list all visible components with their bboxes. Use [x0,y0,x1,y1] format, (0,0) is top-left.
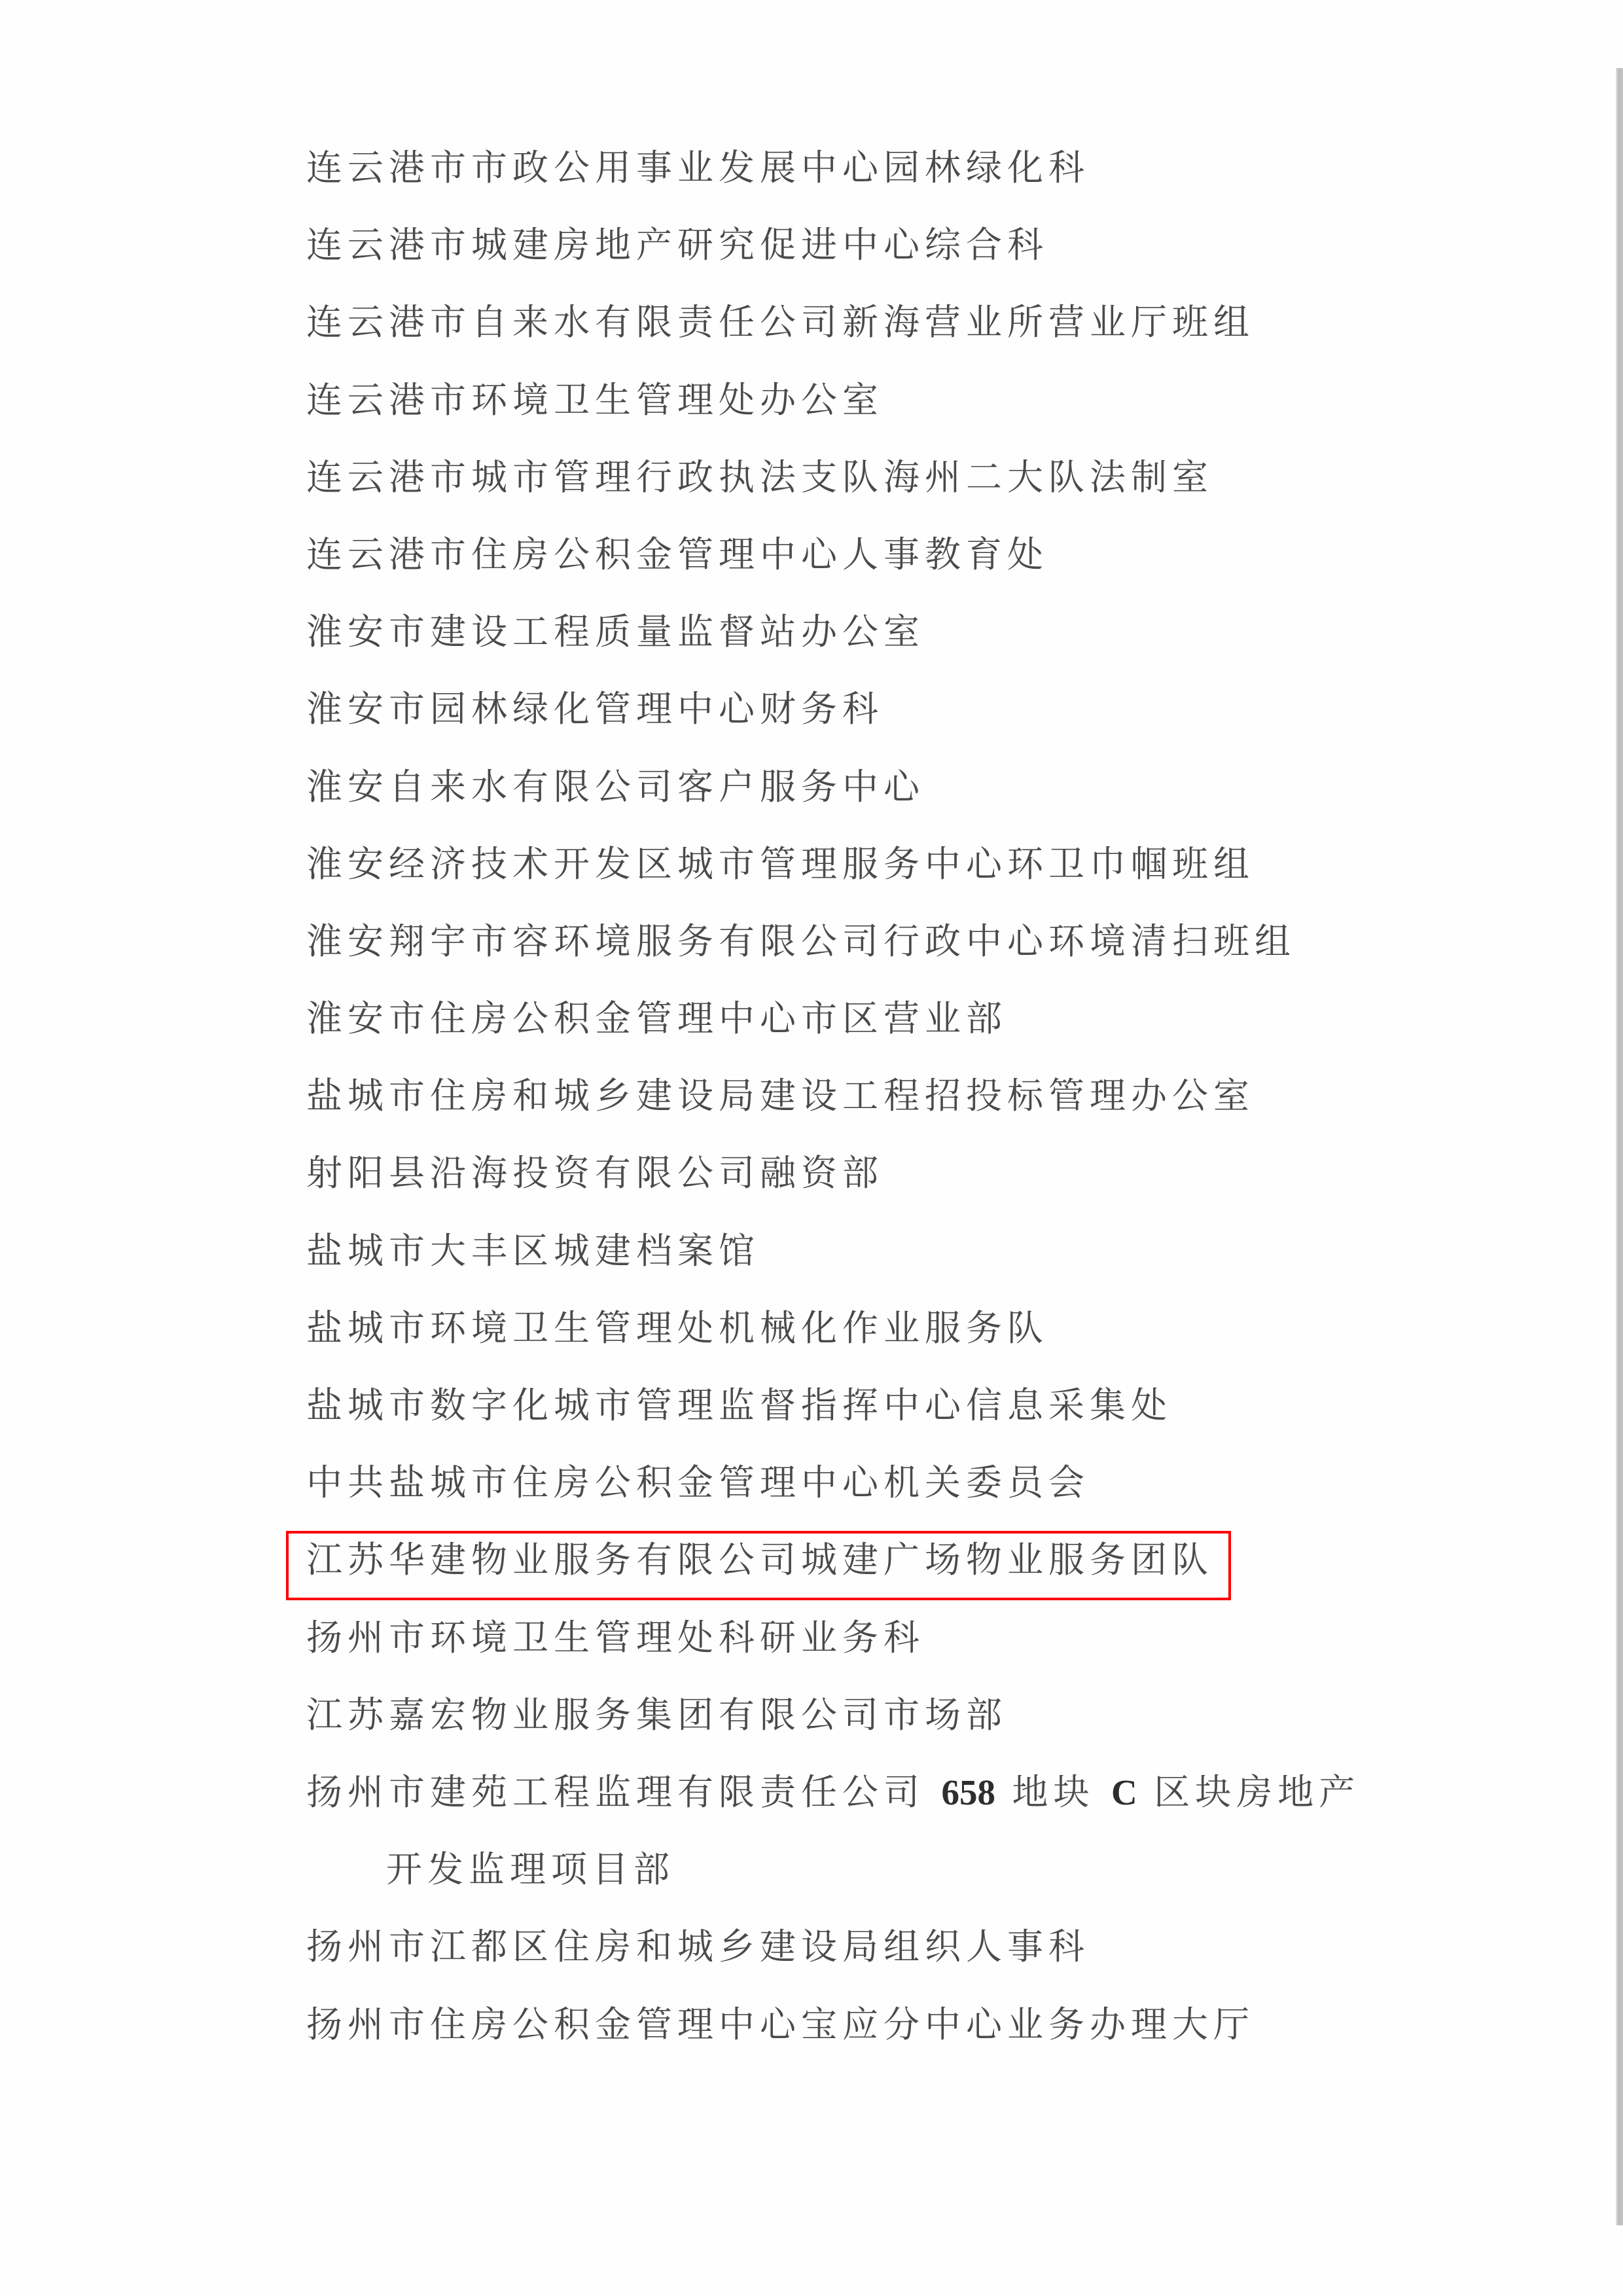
plot-number: 658 [942,1772,996,1812]
list-item: 盐城市环境卫生管理处机械化作业服务队 [306,1289,1360,1367]
list-item: 连云港市城市管理行政执法支队海州二大队法制室 [306,439,1360,516]
list-item: 连云港市环境卫生管理处办公室 [306,361,1360,439]
list-item: 扬州市建苑工程监理有限责任公司 658 地块 C 区块房地产 [306,1753,1360,1831]
list-item: 淮安经济技术开发区城市管理服务中心环卫巾帼班组 [306,825,1360,903]
list-item: 淮安市住房公积金管理中心市区营业部 [306,980,1360,1057]
list-item: 淮安市建设工程质量监督站办公室 [306,593,1360,670]
unit-list: 连云港市市政公用事业发展中心园林绿化科 连云港市城建房地产研究促进中心综合科 连… [306,129,1360,2063]
item-text-after: 区块房地产 [1154,1771,1360,1813]
list-item: 连云港市住房公积金管理中心人事教育处 [306,516,1360,593]
list-item: 扬州市住房公积金管理中心宝应分中心业务办理大厅 [306,1986,1360,2063]
document-page: 连云港市市政公用事业发展中心园林绿化科 连云港市城建房地产研究促进中心综合科 连… [0,0,1623,2296]
page-edge-shadow [1616,68,1623,2225]
list-item: 扬州市环境卫生管理处科研业务科 [306,1599,1360,1676]
list-item: 射阳县沿海投资有限公司融资部 [306,1134,1360,1211]
list-item-continuation: 开发监理项目部 [306,1831,1360,1908]
list-item: 淮安市园林绿化管理中心财务科 [306,670,1360,747]
list-item: 江苏嘉宏物业服务集团有限公司市场部 [306,1676,1360,1753]
list-item: 淮安翔宇市容环境服务有限公司行政中心环境清扫班组 [306,903,1360,980]
list-item: 盐城市住房和城乡建设局建设工程招投标管理办公室 [306,1057,1360,1134]
item-text-mid: 地块 [1012,1771,1094,1813]
list-item: 连云港市自来水有限责任公司新海营业所营业厅班组 [306,283,1360,361]
list-item: 连云港市城建房地产研究促进中心综合科 [306,206,1360,283]
list-item: 盐城市数字化城市管理监督指挥中心信息采集处 [306,1367,1360,1444]
list-item: 连云港市市政公用事业发展中心园林绿化科 [306,129,1360,206]
highlight-box [286,1531,1231,1600]
block-letter: C [1111,1772,1137,1812]
list-item: 淮安自来水有限公司客户服务中心 [306,748,1360,825]
list-item: 中共盐城市住房公积金管理中心机关委员会 [306,1444,1360,1521]
list-item: 扬州市江都区住房和城乡建设局组织人事科 [306,1908,1360,1985]
item-text-before: 扬州市建苑工程监理有限责任公司 [306,1771,925,1813]
list-item: 盐城市大丰区城建档案馆 [306,1212,1360,1289]
